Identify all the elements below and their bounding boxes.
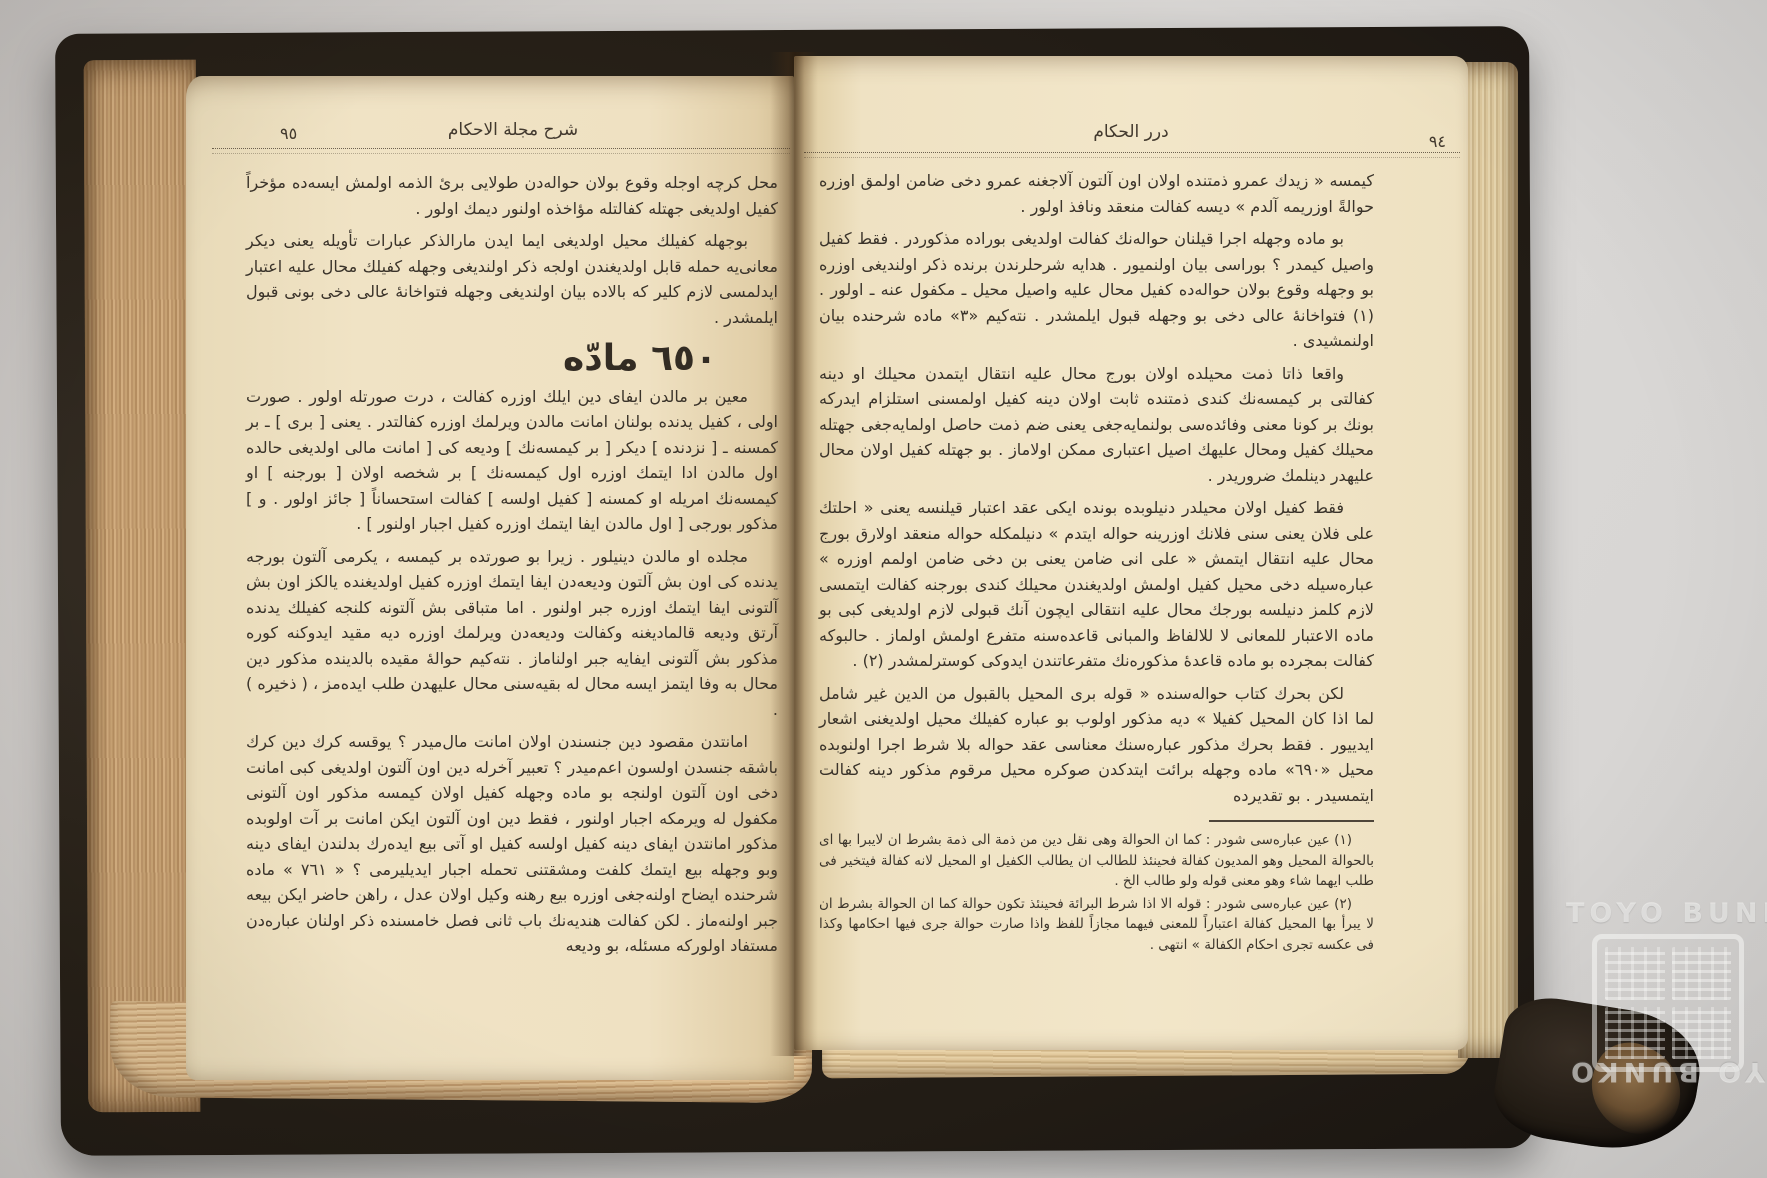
photo-open-book: شرح مجلة الاحكام ٩٥ محل كرچه اوجله وقوع …	[0, 0, 1767, 1178]
right-page-header: درر الحكام ٩٤	[794, 122, 1468, 142]
left-header-rule	[212, 148, 790, 154]
left-running-title: شرح مجلة الاحكام	[186, 120, 794, 140]
left-paragraphs-top: محل كرچه اوجله وقوع بولان حواله‌دن طولاي…	[246, 170, 778, 330]
paragraph: امانتدن مقصود دين جنسندن اولان امانت مال…	[246, 729, 778, 959]
seal-glyph	[1672, 947, 1732, 1000]
paragraph: بوجهله كفيلك محيل اولديغى ايما ايدن مارا…	[246, 228, 778, 330]
left-page: شرح مجلة الاحكام ٩٥ محل كرچه اوجله وقوع …	[186, 76, 794, 1080]
paragraph: مجلده او مالدن دينيلور . زيرا بو صورتده …	[246, 544, 778, 723]
right-page-number: ٩٤	[1429, 132, 1446, 151]
left-paragraphs-main: معين بر مالدن ايفاى دين ايلك اوزره كفالت…	[246, 384, 778, 959]
footnotes: (١) عين عباره‌سى شودر : كما ان الحوالة و…	[819, 830, 1374, 955]
footnote: (١) عين عباره‌سى شودر : كما ان الحوالة و…	[819, 830, 1374, 892]
paragraph: فقط كفيل اولان محيلدر دنيلوبده بونده ايك…	[819, 495, 1374, 674]
paragraph: معين بر مالدن ايفاى دين ايلك اوزره كفالت…	[246, 384, 778, 537]
right-paragraphs: كيمسه « زيدك عمرو ذمتنده اولان اون آلتون…	[819, 168, 1374, 808]
right-header-rule	[804, 152, 1460, 158]
paragraph: بو ماده وجهله اجرا قيلنان حواله‌نك كفالت…	[819, 226, 1374, 354]
left-page-header: شرح مجلة الاحكام ٩٥	[186, 120, 794, 140]
right-page: درر الحكام ٩٤ كيمسه « زيدك عمرو ذمتنده ا…	[794, 56, 1468, 1050]
right-running-title: درر الحكام	[794, 122, 1468, 142]
right-text-column: كيمسه « زيدك عمرو ذمتنده اولان اون آلتون…	[819, 168, 1374, 957]
paragraph: واقعا ذاتا ذمت محيلده اولان بورج محال عل…	[819, 361, 1374, 489]
article-650-heading: ٦٥٠ مادّه	[374, 346, 794, 372]
paragraph: لكن بحرك كتاب حواله‌سنده « قوله برى المح…	[819, 681, 1374, 809]
seal-glyph	[1605, 947, 1665, 1000]
footnote-separator-rule	[1209, 820, 1374, 822]
paragraph: كيمسه « زيدك عمرو ذمتنده اولان اون آلتون…	[819, 168, 1374, 219]
left-text-column: محل كرچه اوجله وقوع بولان حواله‌دن طولاي…	[246, 170, 778, 966]
left-page-number: ٩٥	[280, 124, 297, 143]
paragraph: محل كرچه اوجله وقوع بولان حواله‌دن طولاي…	[246, 170, 778, 221]
page-block-fore-edge-left	[84, 60, 201, 1112]
toyo-bunko-watermark: TOYO BUNKO	[1566, 898, 1767, 929]
footnote: (٢) عين عباره‌سى شودر : قوله الا اذا شرط…	[819, 894, 1374, 956]
